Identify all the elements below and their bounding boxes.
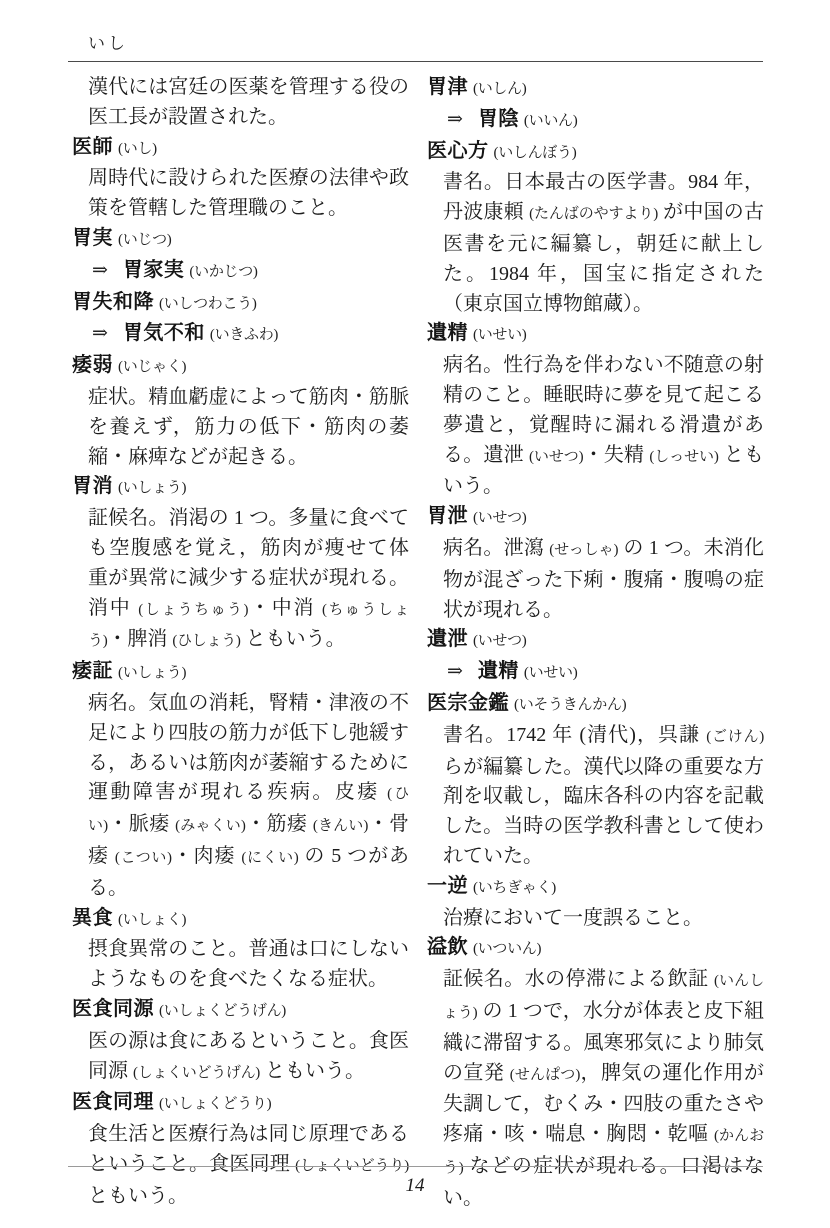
- entry-headword: 胃実 (いじつ): [72, 224, 409, 256]
- entry-headword: 遺泄 (いせつ): [427, 625, 764, 657]
- column-left: 漢代には宮廷の医薬を管理する役の医工長が設置された。医師 (いし)周時代に設けら…: [72, 73, 409, 1213]
- arrow-icon: ⇒: [447, 657, 463, 687]
- dict-entry: 胃失和降 (いしつわこう)⇒胃気不和 (いきふわ): [72, 288, 409, 352]
- inline-reading: (せっしゃ): [549, 542, 618, 558]
- headword-reading: (いそうきんかん): [514, 697, 626, 713]
- headword-text: 医心方: [427, 140, 489, 162]
- entry-body: 漢代には宮廷の医薬を管理する役の医工長が設置された。: [88, 73, 409, 133]
- arrow-icon: ⇒: [447, 105, 463, 135]
- headword-reading: (いしんぼう): [494, 145, 577, 161]
- entry-body: 治療において一度誤ること。: [443, 904, 764, 934]
- ref-reading: (いかじつ): [189, 264, 257, 280]
- inline-reading: (こつい): [115, 850, 172, 866]
- dict-entry: 遺精 (いせい)病名。性行為を伴わない不随意の射精のこと。睡眠時に夢を見て起こる…: [427, 319, 764, 502]
- headword-text: 医食同理: [72, 1091, 154, 1113]
- entry-headword: 胃泄 (いせつ): [427, 502, 764, 534]
- entry-headword: 一逆 (いちぎゃく): [427, 872, 764, 904]
- inline-reading: (たんばのやすより): [529, 206, 658, 222]
- arrow-icon: ⇒: [92, 256, 108, 286]
- entry-body: 医の源は食にあるということ。食医同源 (しょくいどうげん) ともいう。: [88, 1027, 409, 1089]
- page-number: 14: [0, 1175, 830, 1197]
- entry-body: 症状。精血虧虚によって筋肉・筋脈を養えず，筋力の低下・筋肉の萎縮・麻痺などが起き…: [88, 383, 409, 472]
- entry-body: 証候名。消渇の 1 つ。多量に食べても空腹感を覚え，筋肉が痩せて体重が異常に減少…: [88, 504, 409, 657]
- dict-entry: 遺泄 (いせつ)⇒遺精 (いせい): [427, 625, 764, 689]
- entry-headword: 異食 (いしょく): [72, 904, 409, 936]
- ref-reading: (いせい): [524, 665, 578, 681]
- headword-text: 胃実: [72, 227, 113, 249]
- dict-entry: 胃泄 (いせつ)病名。泄瀉 (せっしゃ) の 1 つ。未消化物が混ざった下痢・腹…: [427, 502, 764, 625]
- entry-headword: 溢飲 (いついん): [427, 933, 764, 965]
- headword-text: 胃消: [72, 475, 113, 497]
- inline-reading: (ごけん): [706, 729, 764, 745]
- inline-reading: (にくい): [241, 850, 298, 866]
- headword-reading: (いせつ): [473, 510, 527, 526]
- dict-entry: 医心方 (いしんぼう)書名。日本最古の医学書。984 年，丹波康頼 (たんばのや…: [427, 137, 764, 320]
- ref-reading: (いいん): [524, 113, 578, 129]
- headword-reading: (いじつ): [118, 232, 172, 248]
- entry-headword: 医師 (いし): [72, 133, 409, 165]
- entry-headword: 医心方 (いしんぼう): [427, 137, 764, 169]
- headword-text: 胃泄: [427, 505, 468, 527]
- entry-headword: 医食同源 (いしょくどうげん): [72, 995, 409, 1027]
- headword-text: 痿弱: [72, 354, 113, 376]
- dict-entry: 痿弱 (いじゃく)症状。精血虧虚によって筋肉・筋脈を養えず，筋力の低下・筋肉の萎…: [72, 351, 409, 472]
- cross-reference: ⇒胃家実 (いかじつ): [72, 256, 409, 288]
- entry-body: 摂食異常のこと。普通は口にしないようなものを食べたくなる症状。: [88, 935, 409, 995]
- entry-headword: 痿弱 (いじゃく): [72, 351, 409, 383]
- entry-body: 病名。気血の消耗，腎精・津液の不足により四肢の筋力が低下し弛緩する，あるいは筋肉…: [88, 689, 409, 904]
- column-right: 胃津 (いしん)⇒胃陰 (いいん)医心方 (いしんぼう)書名。日本最古の医学書。…: [427, 73, 764, 1213]
- inline-reading: (ちゅうしょう): [88, 602, 409, 650]
- dict-entry: 胃実 (いじつ)⇒胃家実 (いかじつ): [72, 224, 409, 288]
- entry-headword: 胃津 (いしん): [427, 73, 764, 105]
- cross-reference: ⇒遺精 (いせい): [427, 657, 764, 689]
- dict-entry: 溢飲 (いついん)証候名。水の停滞による飲証 (いんしょう) の 1 つで，水分…: [427, 933, 764, 1213]
- headword-text: 痿証: [72, 660, 113, 682]
- entry-headword: 痿証 (いしょう): [72, 657, 409, 689]
- headword-reading: (いしょくどうげん): [159, 1003, 286, 1019]
- headword-reading: (いし): [118, 141, 157, 157]
- inline-reading: (いせつ): [529, 449, 583, 465]
- headword-text: 医宗金鑑: [427, 692, 509, 714]
- headword-text: 遺泄: [427, 628, 468, 650]
- headword-reading: (いせつ): [473, 633, 527, 649]
- arrow-icon: ⇒: [92, 319, 108, 349]
- ref-word: 胃陰: [478, 108, 519, 130]
- dict-entry: 医食同源 (いしょくどうげん)医の源は食にあるということ。食医同源 (しょくいど…: [72, 995, 409, 1088]
- inline-reading: (しょくいどうげん): [133, 1065, 260, 1081]
- dict-entry: 異食 (いしょく)摂食異常のこと。普通は口にしないようなものを食べたくなる症状。: [72, 904, 409, 995]
- inline-reading: (しょうちゅう): [138, 602, 248, 618]
- inline-reading: (せんぱつ): [510, 1067, 580, 1083]
- entry-headword: 胃消 (いしょう): [72, 472, 409, 504]
- dict-entry: 胃津 (いしん)⇒胃陰 (いいん): [427, 73, 764, 137]
- headword-text: 溢飲: [427, 936, 468, 958]
- dict-entry: 胃消 (いしょう)証候名。消渇の 1 つ。多量に食べても空腹感を覚え，筋肉が痩せ…: [72, 472, 409, 657]
- headword-reading: (いちぎゃく): [473, 880, 556, 896]
- inline-reading: (きんい): [313, 818, 368, 834]
- headword-reading: (いついん): [473, 941, 541, 957]
- headword-text: 胃失和降: [72, 291, 154, 313]
- entry-body: 病名。泄瀉 (せっしゃ) の 1 つ。未消化物が混ざった下痢・腹痛・腹鳴の症状が…: [443, 534, 764, 625]
- running-head: いし: [88, 29, 128, 54]
- header-rule: [68, 61, 763, 62]
- inline-reading: (かんおう): [443, 1128, 764, 1176]
- ref-word: 胃家実: [123, 259, 185, 281]
- headword-reading: (いしょう): [118, 480, 186, 496]
- guide-word: いし: [88, 34, 128, 53]
- entry-body: 書名。日本最古の医学書。984 年，丹波康頼 (たんばのやすより) が中国の古医…: [443, 168, 764, 319]
- headword-reading: (いせい): [473, 327, 527, 343]
- headword-text: 胃津: [427, 76, 468, 98]
- dict-entry: 痿証 (いしょう)病名。気血の消耗，腎精・津液の不足により四肢の筋力が低下し弛緩…: [72, 657, 409, 903]
- inline-reading: (しっせい): [649, 449, 718, 465]
- ref-reading: (いきふわ): [210, 327, 278, 343]
- dict-entry: 医師 (いし)周時代に設けられた医療の法律や政策を管轄した管理職のこと。: [72, 133, 409, 224]
- headword-reading: (いじゃく): [118, 359, 186, 375]
- inline-reading: (みゃくい): [175, 818, 245, 834]
- entry-headword: 医宗金鑑 (いそうきんかん): [427, 689, 764, 721]
- entry-body: 周時代に設けられた医療の法律や政策を管轄した管理職のこと。: [88, 164, 409, 224]
- headword-reading: (いしょう): [118, 665, 186, 681]
- inline-reading: (いんしょう): [443, 973, 764, 1021]
- inline-reading: (ひしょう): [172, 633, 240, 649]
- entry-body: 書名。1742 年 (清代)，呉謙 (ごけん) らが編纂した。漢代以降の重要な方…: [443, 721, 764, 872]
- cross-reference: ⇒胃陰 (いいん): [427, 105, 764, 137]
- headword-text: 遺精: [427, 322, 468, 344]
- ref-word: 遺精: [478, 660, 519, 682]
- headword-text: 医食同源: [72, 998, 154, 1020]
- page-content: 漢代には宮廷の医薬を管理する役の医工長が設置された。医師 (いし)周時代に設けら…: [72, 73, 764, 1213]
- dict-entry: 医宗金鑑 (いそうきんかん)書名。1742 年 (清代)，呉謙 (ごけん) らが…: [427, 689, 764, 872]
- headword-text: 異食: [72, 907, 113, 929]
- dict-entry: 一逆 (いちぎゃく)治療において一度誤ること。: [427, 872, 764, 934]
- headword-text: 医師: [72, 136, 113, 158]
- headword-reading: (いしょくどうり): [159, 1096, 271, 1112]
- footer-rule: [68, 1166, 763, 1167]
- entry-headword: 遺精 (いせい): [427, 319, 764, 351]
- entry-body: 病名。性行為を伴わない不随意の射精のこと。睡眠時に夢を見て起こる夢遺と，覚醒時に…: [443, 351, 764, 502]
- headword-reading: (いしょく): [118, 912, 186, 928]
- ref-word: 胃気不和: [123, 322, 205, 344]
- headword-reading: (いしん): [473, 81, 527, 97]
- dict-entry: 漢代には宮廷の医薬を管理する役の医工長が設置された。: [72, 73, 409, 133]
- entry-headword: 胃失和降 (いしつわこう): [72, 288, 409, 320]
- entry-headword: 医食同理 (いしょくどうり): [72, 1088, 409, 1120]
- headword-text: 一逆: [427, 875, 468, 897]
- headword-reading: (いしつわこう): [159, 296, 257, 312]
- cross-reference: ⇒胃気不和 (いきふわ): [72, 319, 409, 351]
- dictionary-page: いし 漢代には宮廷の医薬を管理する役の医工長が設置された。医師 (いし)周時代に…: [0, 0, 830, 1228]
